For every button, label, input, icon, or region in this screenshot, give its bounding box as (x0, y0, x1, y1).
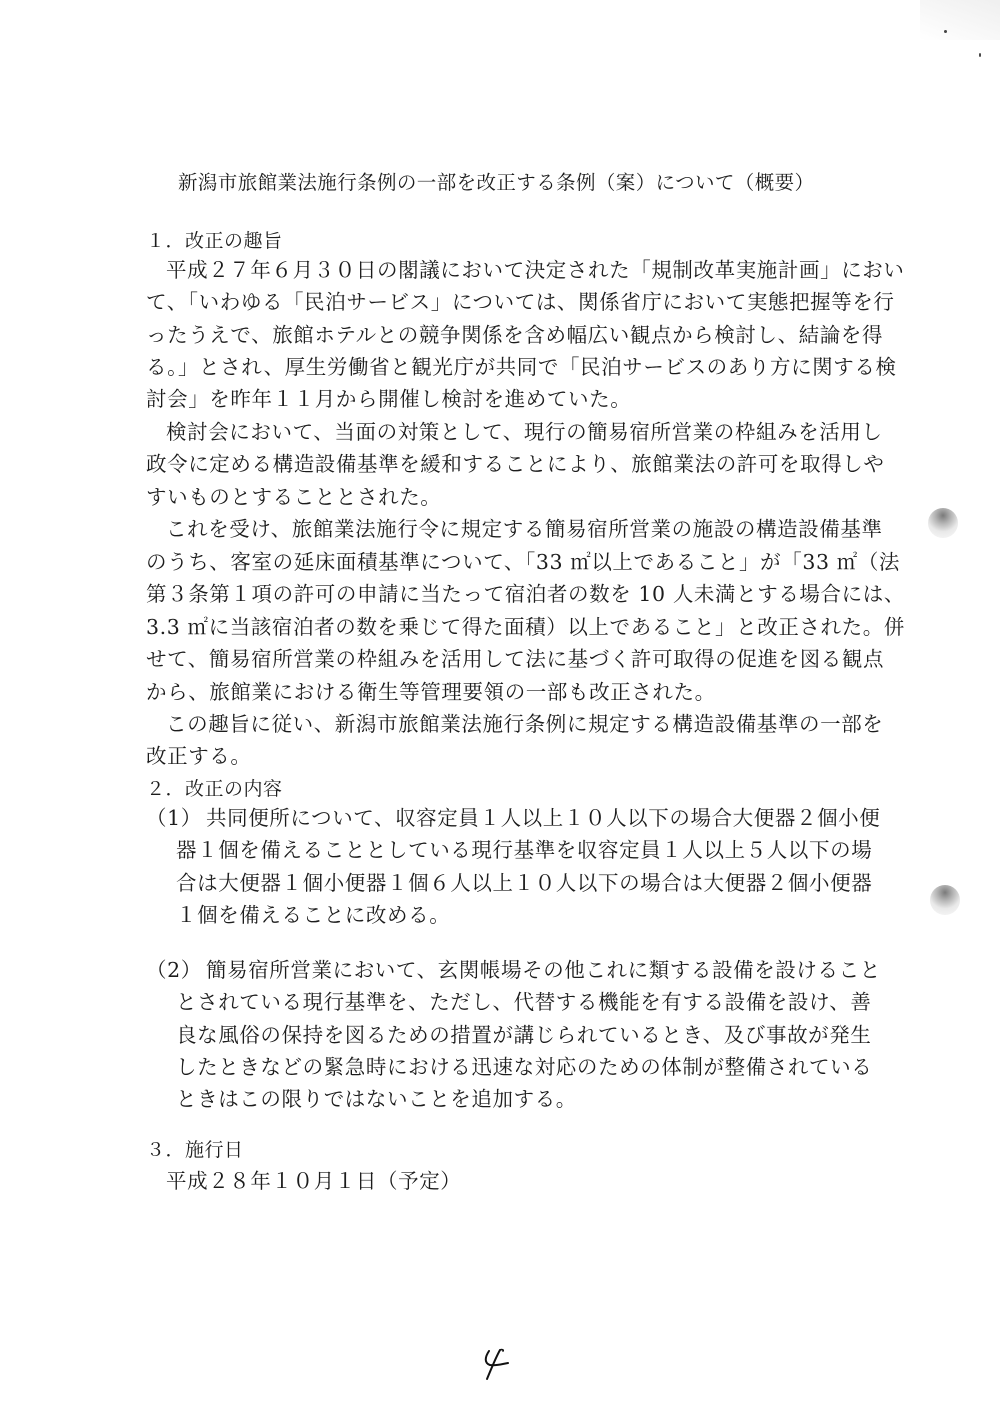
document-title: 新潟市旅館業法施行条例の一部を改正する条例（案）について（概要） (178, 170, 826, 196)
list-item-label: （1） (146, 805, 202, 831)
page-number-glyph-icon (478, 1343, 518, 1383)
scan-speck (944, 30, 947, 33)
list-item-line: したときなどの緊急時における迅速な対応のための体制が整備されている (176, 1054, 858, 1080)
effective-date: 平成２８年１０月１日（予定） (166, 1168, 461, 1194)
section-heading-3: ３．施行日 (146, 1137, 244, 1163)
paragraph-line: のうち、客室の延床面積基準について、「33 ㎡以上であること」が「33 ㎡（法 (146, 549, 858, 575)
section-heading-1: １．改正の趣旨 (146, 228, 283, 254)
paragraph-line: る。」とされ、厚生労働省と観光庁が共同で「民泊サービスのあり方に関する検 (146, 354, 858, 380)
paragraph-line: から、旅館業における衛生等管理要領の一部も改正された。 (146, 679, 716, 705)
paragraph-line: せて、簡易宿所営業の枠組みを活用して法に基づく許可取得の促進を図る観点 (146, 646, 858, 672)
list-item-line: １個を備えることに改める。 (176, 902, 450, 928)
paragraph-line: 第３条第１項の許可の申請に当たって宿泊者の数を 10 人未満とする場合には、 (146, 581, 858, 607)
paragraph-line: すいものとすることとされた。 (146, 484, 441, 510)
punch-hole (928, 508, 958, 538)
list-item-line: 共同便所について、収容定員１人以上１０人以下の場合大便器２個小便 (206, 805, 858, 831)
paragraph-line: 検討会において、当面の対策として、現行の簡易宿所営業の枠組みを活用し (166, 419, 858, 445)
list-item-label: （2） (146, 957, 202, 983)
paragraph-line: これを受け、旅館業法施行令に規定する簡易宿所営業の施設の構造設備基準 (166, 516, 858, 542)
punch-hole (930, 885, 960, 915)
paragraph-line: 討会」を昨年１１月から開催し検討を進めていた。 (146, 386, 631, 412)
scanned-document-page: 新潟市旅館業法施行条例の一部を改正する条例（案）について（概要） １．改正の趣旨… (0, 0, 1000, 1421)
paragraph-line: 3.3 ㎡に当該宿泊者の数を乗じて得た面積）以上であること」と改正された。併 (146, 614, 858, 640)
section-heading-2: ２．改正の内容 (146, 776, 283, 802)
paragraph-line: て、「いわゆる「民泊サービス」については、関係省庁において実態把握等を行 (146, 289, 858, 315)
list-item-line: 合は大便器１個小便器１個６人以上１０人以下の場合は大便器２個小便器 (176, 870, 858, 896)
list-item-line: ときはこの限りではないことを追加する。 (176, 1086, 577, 1112)
list-item-line: 器１個を備えることとしている現行基準を収容定員１人以上５人以下の場 (176, 837, 858, 863)
scan-smudge (920, 0, 1000, 40)
paragraph-line: 政令に定める構造設備基準を緩和することにより、旅館業法の許可を取得しや (146, 451, 858, 477)
scan-speck (979, 53, 981, 57)
list-item-line: 良な風俗の保持を図るための措置が講じられているとき、及び事故が発生 (176, 1022, 858, 1048)
paragraph-line: ったうえで、旅館ホテルとの競争関係を含め幅広い観点から検討し、結論を得 (146, 322, 858, 348)
list-item-line: 簡易宿所営業において、玄関帳場その他これに類する設備を設けること (206, 957, 858, 983)
handwritten-page-number (478, 1343, 518, 1383)
paragraph-line: 改正する。 (146, 743, 252, 769)
paragraph-line: 平成２７年６月３０日の閣議において決定された「規制改革実施計画」におい (166, 257, 858, 283)
list-item-line: とされている現行基準を、ただし、代替する機能を有する設備を設け、善 (176, 989, 858, 1015)
paragraph-line: この趣旨に従い、新潟市旅館業法施行条例に規定する構造設備基準の一部を (166, 711, 858, 737)
